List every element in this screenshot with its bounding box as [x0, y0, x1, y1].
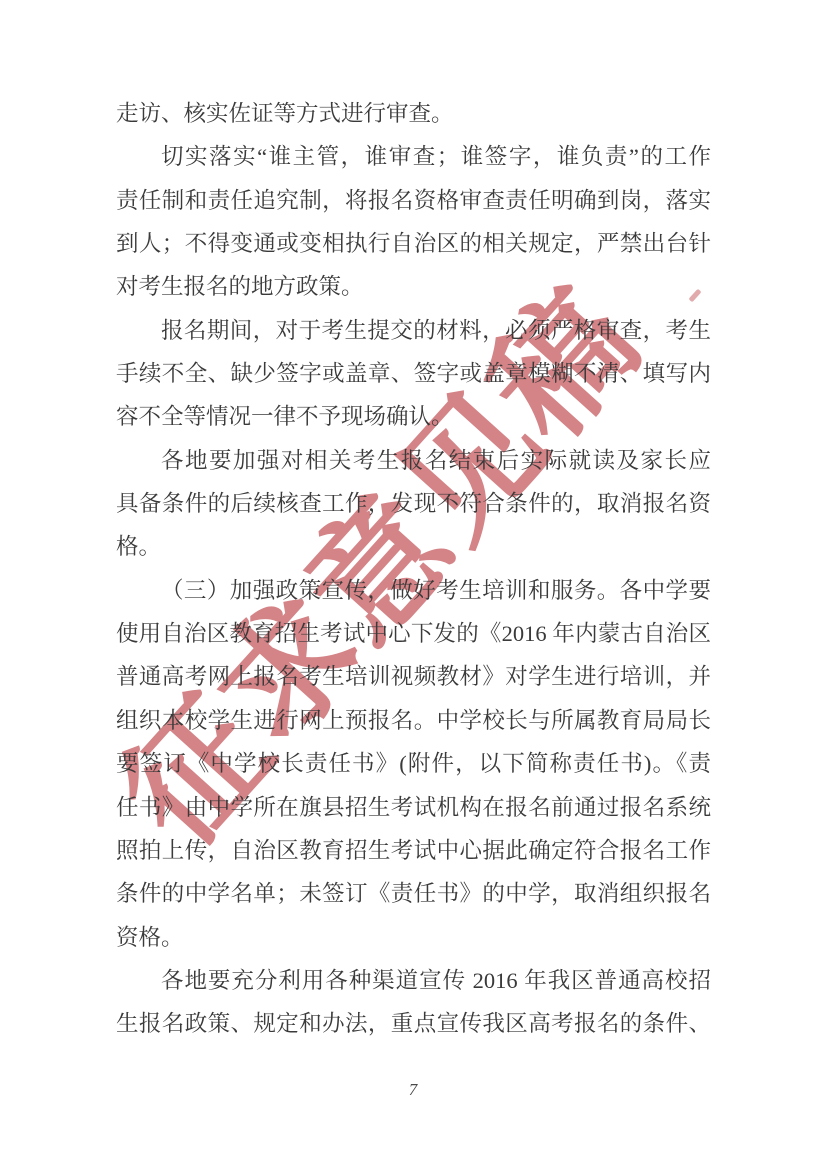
document-line: 各地要加强对相关考生报名结束后实际就读及家长应 — [116, 439, 711, 482]
document-line: （三）加强政策宣传，做好考生培训和服务。各中学要 — [116, 569, 711, 612]
document-line: 资格。 — [116, 916, 711, 959]
document-body: 走访、核实佐证等方式进行审查。 切实落实“谁主管，谁审查；谁签字，谁负责”的工作… — [116, 92, 711, 1046]
document-line: 组织本校学生进行网上预报名。中学校长与所属教育局局长 — [116, 699, 711, 742]
document-line: 对考生报名的地方政策。 — [116, 265, 711, 308]
document-line: 任书》由中学所在旗县招生考试机构在报名前通过报名系统 — [116, 786, 711, 829]
document-line: 各地要充分利用各种渠道宣传 2016 年我区普通高校招 — [116, 959, 711, 1002]
document-page: 征求意见稿 走访、核实佐证等方式进行审查。 切实落实“谁主管，谁审查；谁签字，谁… — [0, 0, 826, 1168]
document-line: 要签订《中学校长责任书》(附件，以下简称责任书)。《责 — [116, 742, 711, 785]
document-line: 条件的中学名单；未签订《责任书》的中学，取消组织报名 — [116, 872, 711, 915]
document-line: 责任制和责任追究制，将报名资格审查责任明确到岗，落实 — [116, 179, 711, 222]
document-line: 使用自治区教育招生考试中心下发的《2016 年内蒙古自治区 — [116, 612, 711, 655]
document-line: 切实落实“谁主管，谁审查；谁签字，谁负责”的工作 — [116, 135, 711, 178]
document-line: 容不全等情况一律不予现场确认。 — [116, 395, 711, 438]
document-line: 手续不全、缺少签字或盖章、签字或盖章模糊不清、填写内 — [116, 352, 711, 395]
document-line: 走访、核实佐证等方式进行审查。 — [116, 92, 711, 135]
document-line: 报名期间，对于考生提交的材料，必须严格审查，考生 — [116, 309, 711, 352]
document-line: 格。 — [116, 525, 711, 568]
document-line: 具备条件的后续核查工作，发现不符合条件的，取消报名资 — [116, 482, 711, 525]
page-number: 7 — [0, 1080, 826, 1100]
document-line: 普通高考网上报名考生培训视频教材》对学生进行培训，并 — [116, 655, 711, 698]
document-line: 生报名政策、规定和办法，重点宣传我区高考报名的条件、 — [116, 1002, 711, 1045]
document-line: 到人；不得变通或变相执行自治区的相关规定，严禁出台针 — [116, 222, 711, 265]
document-line: 照拍上传，自治区教育招生考试中心据此确定符合报名工作 — [116, 829, 711, 872]
